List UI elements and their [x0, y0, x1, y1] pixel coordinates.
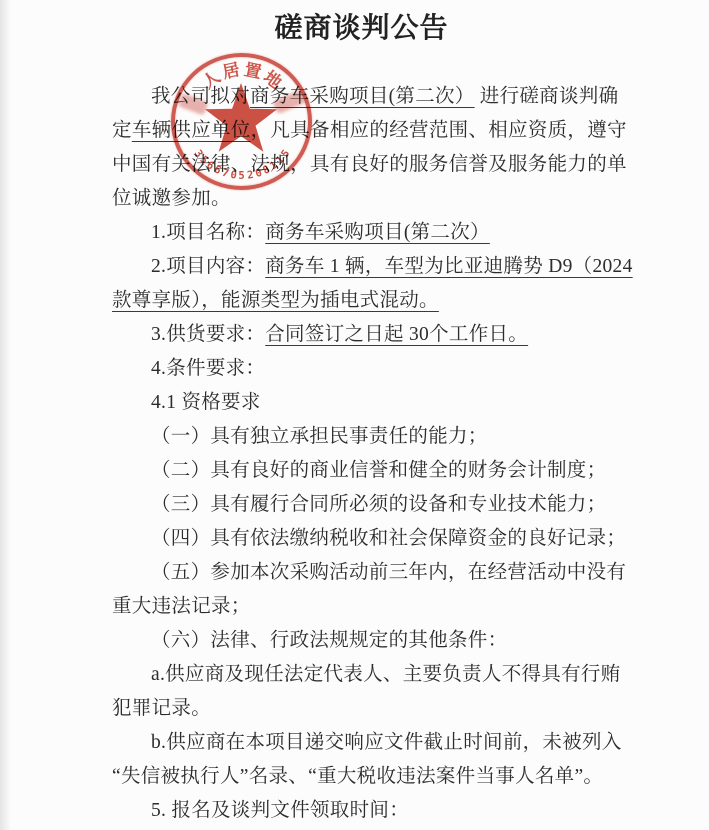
underlined-text: 商务车 1 辆，车型为比亚迪腾势 D9（2024 — [265, 256, 632, 277]
text-run: 2.项目内容： — [151, 256, 265, 277]
text-run: （一）具有独立承担民事责任的能力； — [151, 426, 488, 447]
text-run: 定 — [112, 120, 132, 141]
text-run: 重大违法记录； — [112, 596, 251, 617]
underlined-text: 车辆供应单位 — [132, 120, 251, 141]
body-line: （二）具有良好的商业信誉和健全的财务会计制度； — [112, 454, 608, 488]
body-line: 款尊享版），能源类型为插电式混动。 — [112, 284, 608, 318]
title-row: 磋商谈判公告 — [0, 6, 709, 46]
body-line: 中国有关法律、法规，具有良好的服务信誉及服务能力的单 — [112, 148, 608, 182]
body-line: （一）具有独立承担民事责任的能力； — [112, 420, 608, 454]
page-title: 磋商谈判公告 — [274, 6, 448, 46]
stamp-arc-char: 置 — [242, 55, 264, 83]
body-line: 犯罪记录。 — [112, 692, 608, 726]
body-line: a.供应商及现任法定代表人、主要负责人不得具有行贿 — [112, 658, 608, 692]
text-run: 中国有关法律、法规，具有良好的服务信誉及服务能力的单 — [112, 154, 627, 175]
body-line: 我公司拟对商务车采购项目(第二次） 进行磋商谈判确 — [112, 80, 608, 114]
text-run: （二）具有良好的商业信誉和健全的财务会计制度； — [151, 460, 606, 481]
text-run: （四）具有依法缴纳税收和社会保障资金的良好记录； — [151, 528, 626, 549]
text-run: 5. 报名及谈判文件领取时间： — [151, 800, 409, 821]
body-line: “失信被执行人”名录、“重大税收违法案件当事人名单”。 — [112, 760, 608, 794]
underlined-text: 商务车采购项目(第二次） — [250, 86, 475, 107]
text-run: 4.条件要求： — [151, 358, 265, 379]
body-line: 2.项目内容：商务车 1 辆，车型为比亚迪腾势 D9（2024 — [112, 250, 608, 284]
text-run: 犯罪记录。 — [112, 698, 211, 719]
underlined-text: 商务车采购项目(第二次） — [265, 222, 490, 243]
scan-edge-shadow — [0, 0, 11, 830]
text-run: 进行磋商谈判确 — [475, 86, 619, 107]
text-run: ，凡具备相应的经营范围、相应资质，遵守 — [251, 120, 627, 141]
text-run: 1.项目名称： — [151, 222, 265, 243]
body-line: b.供应商在本项目递交响应文件截止时间前，未被列入 — [112, 726, 608, 760]
body-line: 1.项目名称：商务车采购项目(第二次） — [112, 216, 608, 250]
body-line: （六）法律、行政法规规定的其他条件： — [112, 624, 608, 658]
underlined-text: 款尊享版），能源类型为插电式混动。 — [112, 290, 439, 311]
body-line: 3.供货要求：合同签订之日起 30个工作日。 — [112, 318, 608, 352]
document-page: 磋商谈判公告 我公司拟对商务车采购项目(第二次） 进行磋商谈判确定车辆供应单位，… — [0, 0, 709, 830]
body-line: （三）具有履行合同所必须的设备和专业技术能力； — [112, 488, 608, 522]
text-run: b.供应商在本项目递交响应文件截止时间前，未被列入 — [151, 732, 622, 753]
underlined-text: 合同签订之日起 30个工作日。 — [265, 324, 528, 345]
body-line: 定车辆供应单位，凡具备相应的经营范围、相应资质，遵守 — [112, 114, 608, 148]
stamp-arc-char: 居 — [219, 55, 241, 83]
text-run: 4.1 资格要求 — [151, 392, 261, 413]
body-line: 4.1 资格要求 — [112, 386, 608, 420]
body-line: 重大违法记录； — [112, 590, 608, 624]
body-line: 4.条件要求： — [112, 352, 608, 386]
body-line: （五）参加本次采购活动前三年内，在经营活动中没有 — [112, 556, 608, 590]
text-run: 位诚邀参加。 — [112, 188, 231, 209]
text-run: （五）参加本次采购活动前三年内，在经营活动中没有 — [151, 562, 626, 583]
body-line: （四）具有依法缴纳税收和社会保障资金的良好记录； — [112, 522, 608, 556]
text-run: a.供应商及现任法定代表人、主要负责人不得具有行贿 — [151, 664, 621, 685]
text-run: 我公司拟对 — [151, 86, 250, 107]
text-run: （六）法律、行政法规规定的其他条件： — [151, 630, 507, 651]
body-line: 5. 报名及谈判文件领取时间： — [112, 794, 608, 828]
text-run: “失信被执行人”名录、“重大税收违法案件当事人名单”。 — [112, 766, 603, 787]
body-line: 位诚邀参加。 — [112, 182, 608, 216]
text-run: 3.供货要求： — [151, 324, 265, 345]
text-run: （三）具有履行合同所必须的设备和专业技术能力； — [151, 494, 606, 515]
announcement-body: 我公司拟对商务车采购项目(第二次） 进行磋商谈判确定车辆供应单位，凡具备相应的经… — [112, 80, 608, 828]
